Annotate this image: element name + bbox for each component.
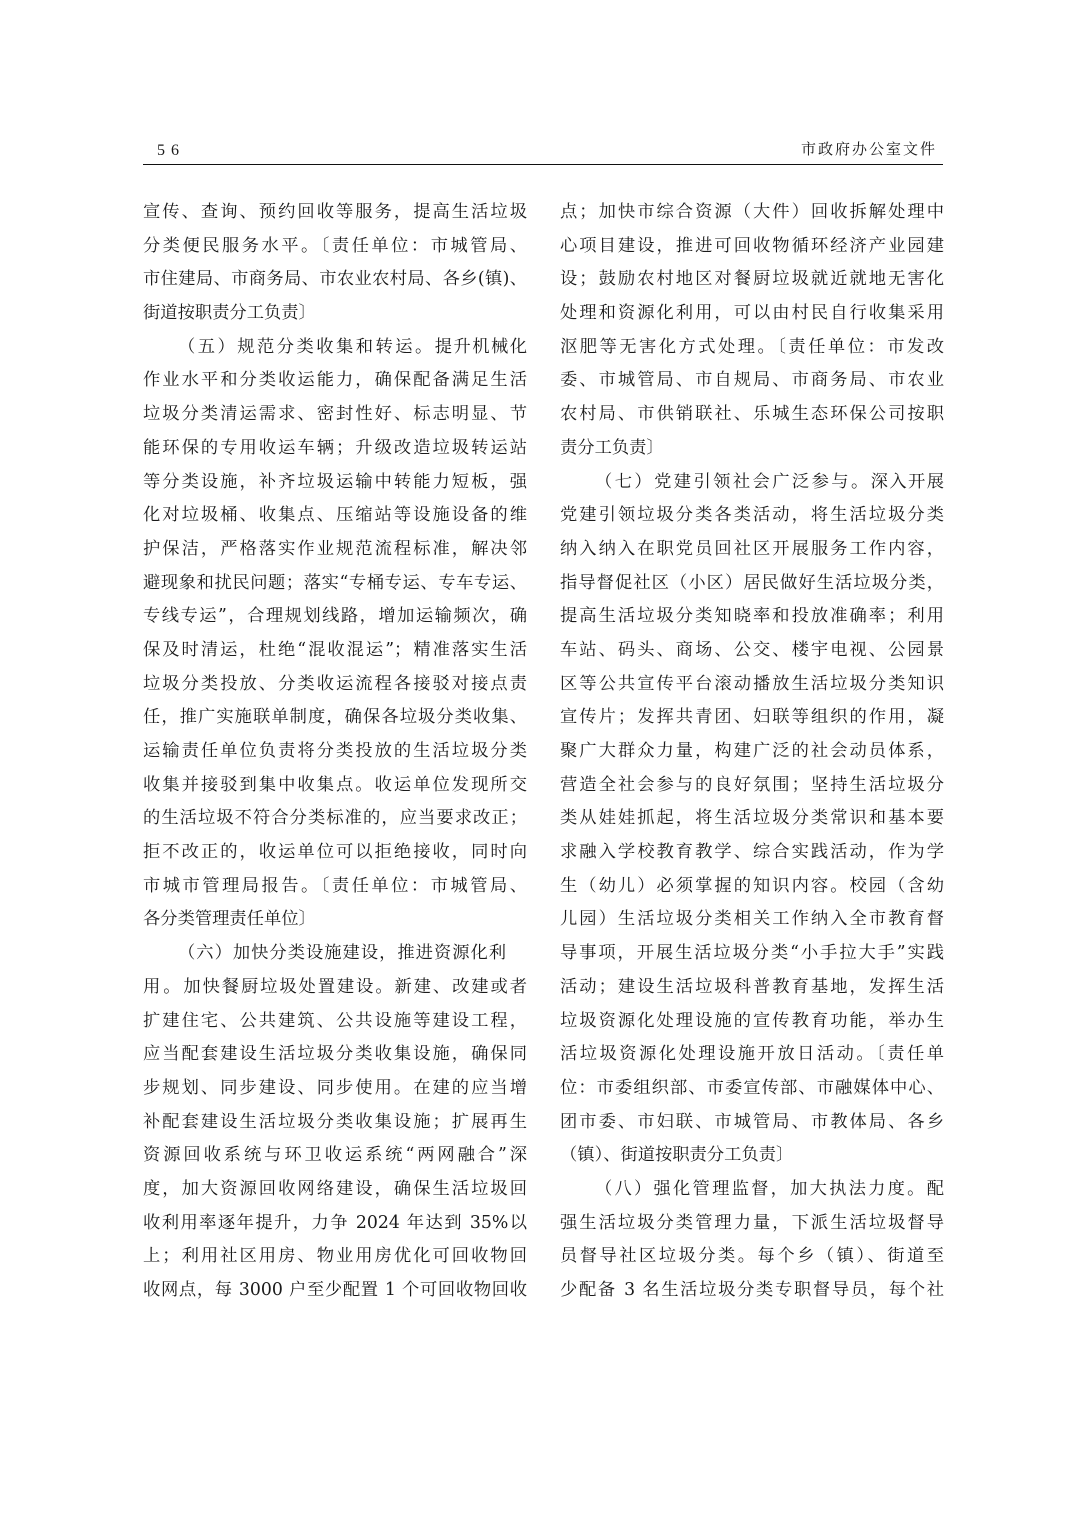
text-line: 垃圾分类清运需求、密封性好、标志明显、节: [143, 398, 527, 432]
page-number: 56: [157, 142, 185, 160]
body-text: 提升机械化: [435, 337, 527, 357]
text-line: 市城市管理局报告。〔责任单位：市城管局、: [143, 870, 527, 904]
text-line: （镇）、街道按职责分工负责〕: [560, 1139, 944, 1173]
text-line: 党建引领垃圾分类各类活动，将生活垃圾分类: [560, 499, 944, 533]
text-line: 车站、码头、商场、公交、楼宇电视、公园景: [560, 634, 944, 668]
text-line: 儿园）生活垃圾分类相关工作纳入全市教育督: [560, 903, 944, 937]
section-heading: （六）加快分类设施建设，推进资源化利: [178, 943, 507, 963]
text-line: 求融入学校教育教学、综合实践活动，作为学: [560, 836, 944, 870]
text-line: 应当配套建设生活垃圾分类收集设施，确保同: [143, 1038, 527, 1072]
text-line: 收网点，每 3000 户至少配置 1 个可回收物回收: [143, 1274, 527, 1308]
text-line: 专线专运”，合理规划线路，增加运输频次，确: [143, 600, 527, 634]
text-line: 拒不改正的，收运单位可以拒绝接收，同时向: [143, 836, 527, 870]
text-line: 生（幼儿）必须掌握的知识内容。校园（含幼: [560, 870, 944, 904]
section-heading: （五）规范分类收集和转运。: [178, 337, 435, 357]
text-line: 活动；建设生活垃圾科普教育基地，发挥生活: [560, 971, 944, 1005]
text-line: 处理和资源化利用，可以由村民自行收集采用: [560, 297, 944, 331]
text-line: 收利用率逐年提升，力争 2024 年达到 35%以: [143, 1207, 527, 1241]
text-line: 补配套建设生活垃圾分类收集设施；扩展再生: [143, 1106, 527, 1140]
text-line: 作业水平和分类收运能力，确保配备满足生活: [143, 364, 527, 398]
text-line: 扩建住宅、公共建筑、公共设施等建设工程，: [143, 1005, 527, 1039]
text-line: 少配备 3 名生活垃圾分类专职督导员，每个社: [560, 1274, 944, 1308]
text-line: 保及时清运，杜绝“混收混运”；精准落实生活: [143, 634, 527, 668]
text-line: 资源回收系统与环卫收运系统“两网融合”深: [143, 1139, 527, 1173]
text-line: 农村局、市供销联社、乐城生态环保公司按职: [560, 398, 944, 432]
text-line: 纳入纳入在职党员回社区开展服务工作内容，: [560, 533, 944, 567]
text-line: 委、市城管局、市自规局、市商务局、市农业: [560, 364, 944, 398]
text-line: 指导督促社区（小区）居民做好生活垃圾分类，: [560, 567, 944, 601]
text-line: 步规划、同步建设、同步使用。在建的应当增: [143, 1072, 527, 1106]
text-line: 导事项，开展生活垃圾分类“小手拉大手”实践: [560, 937, 944, 971]
text-line: 责分工负责〕: [560, 432, 944, 466]
text-line: 分类便民服务水平。〔责任单位：市城管局、: [143, 230, 527, 264]
text-line: 化对垃圾桶、收集点、压缩站等设施设备的维: [143, 499, 527, 533]
text-line: 区等公共宣传平台滚动播放生活垃圾分类知识: [560, 668, 944, 702]
text-line: 用。加快餐厨垃圾处置建设。新建、改建或者: [143, 971, 527, 1005]
text-line: 宣传片；发挥共青团、妇联等组织的作用，凝: [560, 701, 944, 735]
section-heading: （七）党建引领社会广泛参与。: [595, 472, 871, 492]
text-line: 垃圾资源化处理设施的宣传教育功能，举办生: [560, 1005, 944, 1039]
text-line: （六）加快分类设施建设，推进资源化利: [143, 937, 527, 971]
text-line: （七）党建引领社会广泛参与。深入开展: [560, 466, 944, 500]
text-line: 收集并接驳到集中收集点。收运单位发现所交: [143, 769, 527, 803]
text-line: 点；加快市综合资源（大件）回收拆解处理中: [560, 196, 944, 230]
body-text: 深入开展: [871, 472, 944, 492]
text-line: 提高生活垃圾分类知晓率和投放准确率；利用: [560, 600, 944, 634]
document-label: 市政府办公室文件: [801, 138, 937, 159]
text-line: 强生活垃圾分类管理力量，下派生活垃圾督导: [560, 1207, 944, 1241]
section-heading: （八）强化管理监督，加大执法力度。: [595, 1179, 927, 1199]
body-text: 加快餐厨垃圾处置建设。新建、改建或者: [183, 977, 527, 997]
right-column: 点；加快市综合资源（大件）回收拆解处理中心项目建设，推进可回收物循环经济产业园建…: [560, 196, 944, 1308]
text-line: 上；利用社区用房、物业用房优化可回收物回: [143, 1240, 527, 1274]
text-line: 活垃圾资源化处理设施开放日活动。〔责任单: [560, 1038, 944, 1072]
text-line: 等分类设施，补齐垃圾运输中转能力短板，强: [143, 466, 527, 500]
text-line: 各分类管理责任单位〕: [143, 903, 527, 937]
text-line: 街道按职责分工负责〕: [143, 297, 527, 331]
text-line: 设；鼓励农村地区对餐厨垃圾就近就地无害化: [560, 263, 944, 297]
text-line: 的生活垃圾不符合分类标准的，应当要求改正；: [143, 802, 527, 836]
header-rule: [143, 164, 943, 165]
text-line: 运输责任单位负责将分类投放的生活垃圾分类: [143, 735, 527, 769]
text-line: 护保洁，严格落实作业规范流程标准，解决邻: [143, 533, 527, 567]
text-line: 员督导社区垃圾分类。每个乡（镇）、街道至: [560, 1240, 944, 1274]
text-line: 心项目建设，推进可回收物循环经济产业园建: [560, 230, 944, 264]
text-line: 营造全社会参与的良好氛围；坚持生活垃圾分: [560, 769, 944, 803]
text-line: 度，加大资源回收网络建设，确保生活垃圾回: [143, 1173, 527, 1207]
left-column: 宣传、查询、预约回收等服务，提高生活垃圾分类便民服务水平。〔责任单位：市城管局、…: [143, 196, 527, 1308]
text-line: 类从娃娃抓起，将生活垃圾分类常识和基本要: [560, 802, 944, 836]
text-line: 沤肥等无害化方式处理。〔责任单位：市发改: [560, 331, 944, 365]
text-line: （八）强化管理监督，加大执法力度。配: [560, 1173, 944, 1207]
text-line: （五）规范分类收集和转运。提升机械化: [143, 331, 527, 365]
body-text: 配: [927, 1179, 944, 1199]
text-line: 市住建局、市商务局、市农业农村局、各乡(镇)、: [143, 263, 527, 297]
text-line: 位：市委组织部、市委宣传部、市融媒体中心、: [560, 1072, 944, 1106]
text-line: 团市委、市妇联、市城管局、市教体局、各乡: [560, 1106, 944, 1140]
text-line: 宣传、查询、预约回收等服务，提高生活垃圾: [143, 196, 527, 230]
text-line: 垃圾分类投放、分类收运流程各接驳对接点责: [143, 668, 527, 702]
text-line: 避现象和扰民问题；落实“专桶专运、专车专运、: [143, 567, 527, 601]
page-header: 56 市政府办公室文件: [143, 138, 943, 164]
section-heading: 用。: [143, 977, 183, 997]
text-line: 能环保的专用收运车辆；升级改造垃圾转运站: [143, 432, 527, 466]
text-line: 聚广大群众力量，构建广泛的社会动员体系，: [560, 735, 944, 769]
text-line: 任，推广实施联单制度，确保各垃圾分类收集、: [143, 701, 527, 735]
